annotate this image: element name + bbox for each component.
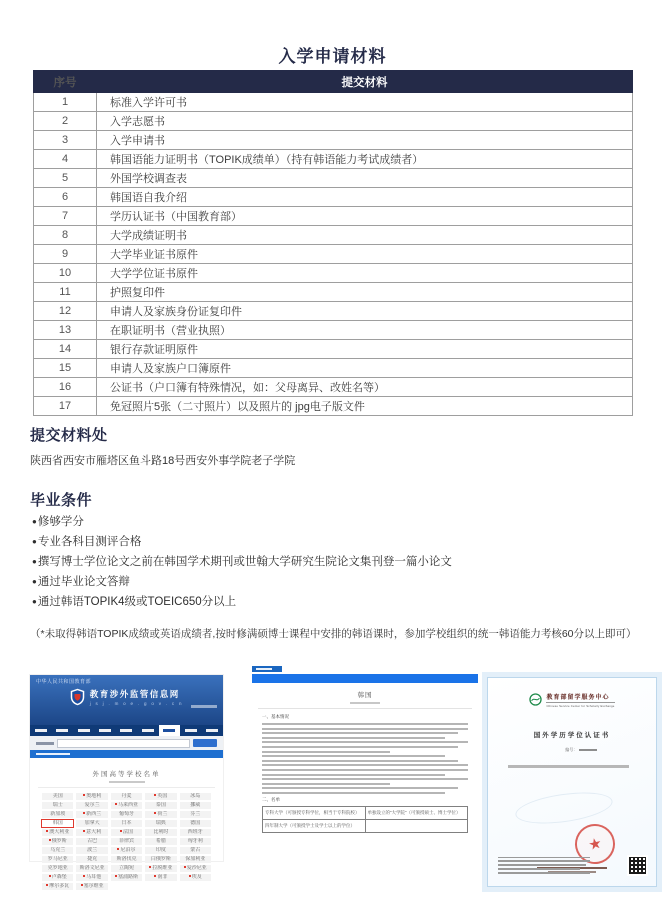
moe-nav-item-active: [159, 725, 180, 736]
country-cell: 日本: [111, 820, 142, 827]
text-line: [498, 872, 590, 874]
moe-date-line: [191, 705, 217, 708]
row-item-text: 学历认证书（中国教育部）: [97, 207, 633, 226]
text-line: [262, 787, 458, 789]
cert-serial-label: 编号：: [565, 747, 577, 753]
table-row: 6 韩国语自我介绍: [34, 188, 633, 207]
country-name: 克罗地亚: [48, 865, 68, 871]
country-cell: 菲律宾: [111, 838, 142, 845]
row-number: 6: [34, 188, 97, 207]
country-cell: 塞浦路斯: [111, 874, 142, 881]
text-line: [498, 864, 586, 866]
moe-nav-bar: [30, 725, 223, 736]
moe-list-title: 外国高等学校名单: [30, 769, 223, 778]
cert-title: 国外学历学位认证书: [488, 730, 656, 739]
row-number: 13: [34, 321, 97, 340]
red-marker-icon: [49, 839, 51, 841]
bullet-text: 撰写博士学位论文之前在韩国学术期刊或世翰大学研究生院论文集刊登一篇小论文: [38, 556, 452, 568]
country-cell: 捷克: [76, 856, 107, 863]
table-row: 7 学历认证书（中国教育部）: [34, 207, 633, 226]
page-title: 入学申请材料: [0, 42, 665, 67]
country-cell: 美国: [42, 793, 73, 800]
red-marker-icon: [46, 884, 48, 886]
row-number: 7: [34, 207, 97, 226]
country-name: 塞尔维亚: [84, 883, 104, 889]
country-cell: 马耳他: [76, 874, 107, 881]
moe-nav-item: [116, 725, 137, 736]
country-cell: 尼泊尔: [111, 847, 142, 854]
country-name: 爱尔兰: [85, 802, 100, 808]
bullet-text: 通过毕业论文答辩: [38, 576, 130, 588]
country-cell: 韩国: [42, 820, 73, 827]
country-cell: 南非: [145, 874, 176, 881]
table-row: 15 申请人及家族户口簿原件: [34, 359, 633, 378]
country-cell: 克罗地亚: [42, 865, 73, 872]
korea-paragraph-lines: [262, 723, 468, 794]
country-name: 挪威: [190, 802, 200, 808]
country-cell: 埃及: [180, 874, 211, 881]
country-cell: 俄罗斯: [42, 838, 73, 845]
country-cell: 白俄罗斯: [145, 856, 176, 863]
korea-blue-bar: [252, 674, 478, 683]
moe-breadcrumb-bar: [30, 750, 223, 758]
country-name: 俄罗斯: [52, 838, 67, 844]
table-row: 9 大学毕业证书原件: [34, 245, 633, 264]
row-number: 2: [34, 112, 97, 131]
row-item-text: 护照复印件: [97, 283, 633, 302]
country-name: 立陶宛: [119, 865, 134, 871]
country-cell: 蒙古: [180, 847, 211, 854]
country-cell: 爱尔兰: [76, 802, 107, 809]
country-name: 蒙古: [190, 847, 200, 853]
country-cell: 拉脱维亚: [145, 865, 176, 872]
moe-nav-item: [30, 725, 51, 736]
country-cell: 保加利亚: [180, 856, 211, 863]
graduation-section-heading: 毕业条件: [30, 489, 92, 510]
moe-nav-item: [51, 725, 72, 736]
country-name: 斯洛伐克: [116, 856, 136, 862]
country-cell: 加拿大: [76, 820, 107, 827]
text-line: [498, 868, 580, 870]
korea-table-cell: 专科大学（可颁授专科学位，相当于专科院校）: [263, 806, 366, 819]
red-marker-icon: [120, 830, 122, 832]
column-header-no: 序号: [34, 71, 97, 93]
country-cell: 英国: [145, 793, 176, 800]
text-line: [262, 783, 390, 785]
country-name: 瑞典: [156, 820, 166, 826]
moe-header-banner: 中华人民共和国教育部 教育涉外监管信息网 j s j . m o e . g o…: [30, 675, 223, 725]
country-cell: 乌克兰: [42, 847, 73, 854]
row-number: 3: [34, 131, 97, 150]
screenshot-moe-site: 中华人民共和国教育部 教育涉外监管信息网 j s j . m o e . g o…: [30, 675, 223, 861]
country-cell: 奥地利: [76, 793, 107, 800]
bullet-icon: ●: [32, 537, 37, 546]
country-name: 希腊: [156, 838, 166, 844]
bullet-text: 通过韩语TOPIK4级或TOEIC650分以上: [38, 596, 236, 608]
text-line: [498, 857, 590, 859]
row-item-text: 免冠照片5张（二寸照片）以及照片的 jpg电子版文件: [97, 397, 633, 416]
red-marker-icon: [83, 794, 85, 796]
red-marker-icon: [46, 830, 48, 832]
country-name: 瑞士: [53, 802, 63, 808]
moe-search-row: [30, 736, 223, 750]
moe-nav-item: [137, 725, 158, 736]
country-cell: 泰国: [145, 802, 176, 809]
country-name: 波兰: [87, 847, 97, 853]
moe-site-name: 教育涉外监管信息网: [90, 688, 184, 700]
country-cell: 新加坡: [42, 811, 73, 818]
list-item: ●撰写博士学位论文之前在韩国学术期刊或世翰大学研究生院论文集刊登一篇小论文: [32, 556, 642, 568]
row-item-text: 外国学校调查表: [97, 169, 633, 188]
cert-serial-line: [579, 749, 597, 751]
country-cell: 挪威: [180, 802, 211, 809]
moe-content: 外国高等学校名单 美国 奥地利 丹麦 英国 冰岛 瑞士 爱尔兰: [30, 769, 223, 890]
cert-fine-print: [498, 854, 590, 876]
cert-serial: 编号：: [565, 747, 656, 753]
country-name: 马来西亚: [118, 802, 138, 808]
moe-search-label: [36, 742, 54, 745]
text-line: [262, 728, 468, 730]
country-cell: 摩尔多瓦: [42, 883, 73, 890]
text-line: [262, 732, 458, 734]
text-line: [498, 860, 590, 862]
screenshot-korea-page: 韩国 一、基本情况 二、名单 专科大学（可颁授专科学位，相当于专科院校） 单独设…: [252, 666, 478, 858]
row-item-text: 大学学位证书原件: [97, 264, 633, 283]
moe-nav-item: [180, 725, 201, 736]
country-cell: 爱沙尼亚: [180, 865, 211, 872]
table-row: 17 免冠照片5张（二寸照片）以及照片的 jpg电子版文件: [34, 397, 633, 416]
country-cell: 冰岛: [180, 793, 211, 800]
row-item-text: 标准入学许可书: [97, 93, 633, 112]
moe-search-input: [57, 739, 190, 748]
country-name: 乌克兰: [50, 847, 65, 853]
korea-table-cell: [365, 819, 468, 832]
country-name: 爱沙尼亚: [187, 865, 207, 871]
moe-gov-label: 中华人民共和国教育部: [30, 675, 223, 685]
country-name: 菲律宾: [119, 838, 134, 844]
country-cell: 德国: [180, 820, 211, 827]
country-name: 新西兰: [86, 811, 101, 817]
text-line: [262, 769, 468, 771]
country-cell: 西班牙: [180, 829, 211, 836]
red-marker-icon: [83, 875, 85, 877]
country-name: 英国: [157, 793, 167, 799]
country-name: 意大利: [86, 829, 101, 835]
materials-table-body: 1 标准入学许可书 2 入学志愿书 3 入学申请书 4 韩国语能力证明书（TOP…: [34, 93, 633, 416]
row-item-text: 大学成绩证明书: [97, 226, 633, 245]
divider: [38, 787, 215, 788]
moe-nav-item: [94, 725, 115, 736]
certificate-frame: 教育部留学服务中心 Chinese Service Center for Sch…: [487, 677, 657, 887]
graduation-note: （*未取得韩语TOPIK成绩或英语成绩者,按时修满硕博士课程中安排的韩语课时，参…: [30, 626, 636, 643]
country-name: 塞浦路斯: [118, 874, 138, 880]
country-name: 马耳他: [86, 874, 101, 880]
graduation-bullet-list: ●修够学分 ●专业各科目测评合格 ●撰写博士学位论文之前在韩国学术期刊或世翰大学…: [32, 516, 642, 616]
row-number: 4: [34, 150, 97, 169]
country-cell: 斯洛伐克: [111, 856, 142, 863]
country-name: 新加坡: [50, 811, 65, 817]
country-cell: 印度: [145, 847, 176, 854]
text-line: [262, 737, 445, 739]
korea-section-2: 二、名单: [262, 797, 468, 803]
korea-table-cell-highlighted: 四年制大学（可颁授学士及学士以上的学位）: [263, 819, 366, 832]
country-name: 卢森堡: [52, 874, 67, 880]
list-item: ●修够学分: [32, 516, 642, 528]
row-item-text: 银行存款证明原件: [97, 340, 633, 359]
table-row: 1 标准入学许可书: [34, 93, 633, 112]
list-item: ●专业各科目测评合格: [32, 536, 642, 548]
country-name: 荷兰: [157, 811, 167, 817]
table-row: 5 外国学校调查表: [34, 169, 633, 188]
bullet-icon: ●: [32, 557, 37, 566]
korea-table-cell: 单独设立的“大学院”（可颁授硕士、博士学位）: [365, 806, 468, 819]
text-line: [262, 746, 458, 748]
country-name: 芬兰: [190, 811, 200, 817]
row-item-text: 韩国语自我介绍: [97, 188, 633, 207]
bullet-text: 专业各科目测评合格: [38, 536, 142, 548]
row-number: 9: [34, 245, 97, 264]
table-row: 13 在职证明书（营业执照）: [34, 321, 633, 340]
cert-redacted-line: [508, 765, 629, 768]
text-line: [262, 755, 445, 757]
country-name: 德国: [190, 820, 200, 826]
country-cell: 希腊: [145, 838, 176, 845]
table-row: 专科大学（可颁授专科学位，相当于专科院校） 单独设立的“大学院”（可颁授硕士、博…: [263, 806, 468, 819]
country-name: 捷克: [87, 856, 97, 862]
certificate-header: 教育部留学服务中心 Chinese Service Center for Sch…: [488, 692, 656, 708]
row-number: 14: [34, 340, 97, 359]
row-number: 16: [34, 378, 97, 397]
text-line: [262, 760, 458, 762]
country-cell: 匈牙利: [180, 838, 211, 845]
row-item-text: 入学志愿书: [97, 112, 633, 131]
korea-page-title: 韩国: [252, 690, 478, 699]
text-line: [262, 751, 390, 753]
row-number: 8: [34, 226, 97, 245]
korea-list-table: 专科大学（可颁授专科学位，相当于专科院校） 单独设立的“大学院”（可颁授硕士、博…: [262, 806, 468, 833]
row-number: 12: [34, 302, 97, 321]
bullet-icon: ●: [32, 597, 37, 606]
row-number: 5: [34, 169, 97, 188]
moe-nav-item: [73, 725, 94, 736]
cert-org-name-en: Chinese Service Center for Scholarly Exc…: [546, 702, 614, 708]
row-number: 1: [34, 93, 97, 112]
table-row: 4 韩国语能力证明书（TOPIK成绩单）（持有韩语能力考试成绩者）: [34, 150, 633, 169]
country-cell: 罗马尼亚: [42, 856, 73, 863]
text-line: [262, 792, 445, 794]
country-name: 泰国: [156, 802, 166, 808]
row-number: 15: [34, 359, 97, 378]
star-icon: ★: [587, 835, 603, 852]
row-item-text: 申请人及家族户口簿原件: [97, 359, 633, 378]
country-name: 韩国: [53, 820, 63, 826]
table-row: 3 入学申请书: [34, 131, 633, 150]
korea-body: 一、基本情况 二、名单 专科大学（可颁授专科学位，相当于专科院校） 单独设立的“…: [262, 714, 468, 833]
red-marker-icon: [115, 803, 117, 805]
bullet-icon: ●: [32, 577, 37, 586]
materials-table: 序号 提交材料 1 标准入学许可书 2 入学志愿书 3 入学申请书: [33, 70, 633, 416]
row-number: 10: [34, 264, 97, 283]
country-cell: 芬兰: [180, 811, 211, 818]
moe-site-url: j s j . m o e . g o v . c n: [90, 701, 184, 706]
country-cell: 葡萄牙: [111, 811, 142, 818]
qr-code: [629, 857, 646, 874]
row-item-text: 韩国语能力证明书（TOPIK成绩单）（持有韩语能力考试成绩者）: [97, 150, 633, 169]
row-item-text: 在职证明书（营业执照）: [97, 321, 633, 340]
country-cell: 卢森堡: [42, 874, 73, 881]
country-cell: 马来西亚: [111, 802, 142, 809]
text-line: [262, 774, 445, 776]
red-marker-icon: [115, 875, 117, 877]
table-row: 四年制大学（可颁授学士及学士以上的学位）: [263, 819, 468, 832]
list-item: ●通过毕业论文答辩: [32, 576, 642, 588]
country-name: 冰岛: [190, 793, 200, 799]
row-item-text: 大学毕业证书原件: [97, 245, 633, 264]
country-name: 保加利亚: [185, 856, 205, 862]
country-name: 法国: [123, 829, 133, 835]
country-cell: 斯洛文尼亚: [76, 865, 107, 872]
moe-nav-item: [202, 725, 223, 736]
moe-brand: 教育涉外监管信息网 j s j . m o e . g o v . c n: [30, 688, 223, 706]
moe-search-button: [193, 739, 217, 747]
red-marker-icon: [83, 812, 85, 814]
bullet-text: 修够学分: [38, 516, 84, 528]
table-row: 14 银行存款证明原件: [34, 340, 633, 359]
country-cell: 新西兰: [76, 811, 107, 818]
list-item: ●通过韩语TOPIK4级或TOEIC650分以上: [32, 596, 642, 608]
country-name: 印度: [156, 847, 166, 853]
country-name: 葡萄牙: [119, 811, 134, 817]
csc-logo-icon: [529, 693, 542, 706]
country-name: 摩尔多瓦: [49, 883, 69, 889]
country-cell: 波兰: [76, 847, 107, 854]
red-marker-icon: [184, 866, 186, 868]
country-name: 匈牙利: [188, 838, 203, 844]
country-cell: 荷兰: [145, 811, 176, 818]
table-row: 11 护照复印件: [34, 283, 633, 302]
country-cell: 立陶宛: [111, 865, 142, 872]
country-name: 澳大利亚: [49, 829, 69, 835]
country-cell: 比利时: [145, 829, 176, 836]
row-number: 17: [34, 397, 97, 416]
row-item-text: 申请人及家族身份证复印件: [97, 302, 633, 321]
red-marker-icon: [83, 830, 85, 832]
country-name: 尼泊尔: [120, 847, 135, 853]
table-row: 16 公证书（户口簿有特殊情况，如：父母离异、改姓名等）: [34, 378, 633, 397]
country-name: 白俄罗斯: [151, 856, 171, 862]
country-cell: 瑞典: [145, 820, 176, 827]
country-name: 斯洛文尼亚: [80, 865, 105, 871]
country-name: 西班牙: [188, 829, 203, 835]
table-row: 8 大学成绩证明书: [34, 226, 633, 245]
country-name: 美国: [53, 793, 63, 799]
country-name: 罗马尼亚: [48, 856, 68, 862]
country-name: 古巴: [87, 838, 97, 844]
moe-list-subtitle-line: [109, 781, 145, 783]
country-cell: 塞尔维亚: [76, 883, 107, 890]
country-name: 比利时: [153, 829, 168, 835]
submit-address: 陕西省西安市雁塔区鱼斗路18号西安外事学院老子学院: [30, 452, 295, 468]
country-name: 丹麦: [121, 793, 131, 799]
country-cell: 意大利: [76, 829, 107, 836]
country-name: 南非: [157, 874, 167, 880]
red-marker-icon: [189, 875, 191, 877]
red-marker-icon: [49, 875, 51, 877]
column-header-item: 提交材料: [97, 71, 633, 93]
country-name: 加拿大: [85, 820, 100, 826]
row-item-text: 公证书（户口簿有特殊情况，如：父母离异、改姓名等）: [97, 378, 633, 397]
text-line: [262, 764, 468, 766]
korea-section-1: 一、基本情况: [262, 714, 468, 720]
red-marker-icon: [81, 884, 83, 886]
document-page: 入学申请材料 序号 提交材料 1 标准入学许可书 2 入学志愿书: [0, 0, 665, 898]
country-cell: 澳大利亚: [42, 829, 73, 836]
table-row: 12 申请人及家族身份证复印件: [34, 302, 633, 321]
country-cell: 瑞士: [42, 802, 73, 809]
cert-org-name: 教育部留学服务中心: [546, 692, 614, 701]
divider: [258, 708, 472, 709]
country-name: 埃及: [192, 874, 202, 880]
text-line: [262, 741, 468, 743]
korea-date-line: [350, 702, 380, 704]
row-item-text: 入学申请书: [97, 131, 633, 150]
country-cell: 法国: [111, 829, 142, 836]
text-line: [262, 723, 468, 725]
country-name: 日本: [121, 820, 131, 826]
country-name: 奥地利: [86, 793, 101, 799]
text-line: [262, 778, 468, 780]
country-name: 拉脱维亚: [152, 865, 172, 871]
country-cell: 古巴: [76, 838, 107, 845]
table-row: 10 大学学位证书原件: [34, 264, 633, 283]
screenshot-certificate: 教育部留学服务中心 Chinese Service Center for Sch…: [482, 672, 662, 892]
korea-breadcrumb-stub: [252, 666, 282, 672]
country-cell: 丹麦: [111, 793, 142, 800]
country-grid: 美国 奥地利 丹麦 英国 冰岛 瑞士 爱尔兰 马来西亚 泰国: [42, 793, 211, 890]
bullet-icon: ●: [32, 517, 37, 526]
table-row: 2 入学志愿书: [34, 112, 633, 131]
table-header-row: 序号 提交材料: [34, 71, 633, 93]
shield-logo-icon: [70, 688, 85, 706]
row-number: 11: [34, 283, 97, 302]
submit-section-heading: 提交材料处: [30, 424, 108, 445]
